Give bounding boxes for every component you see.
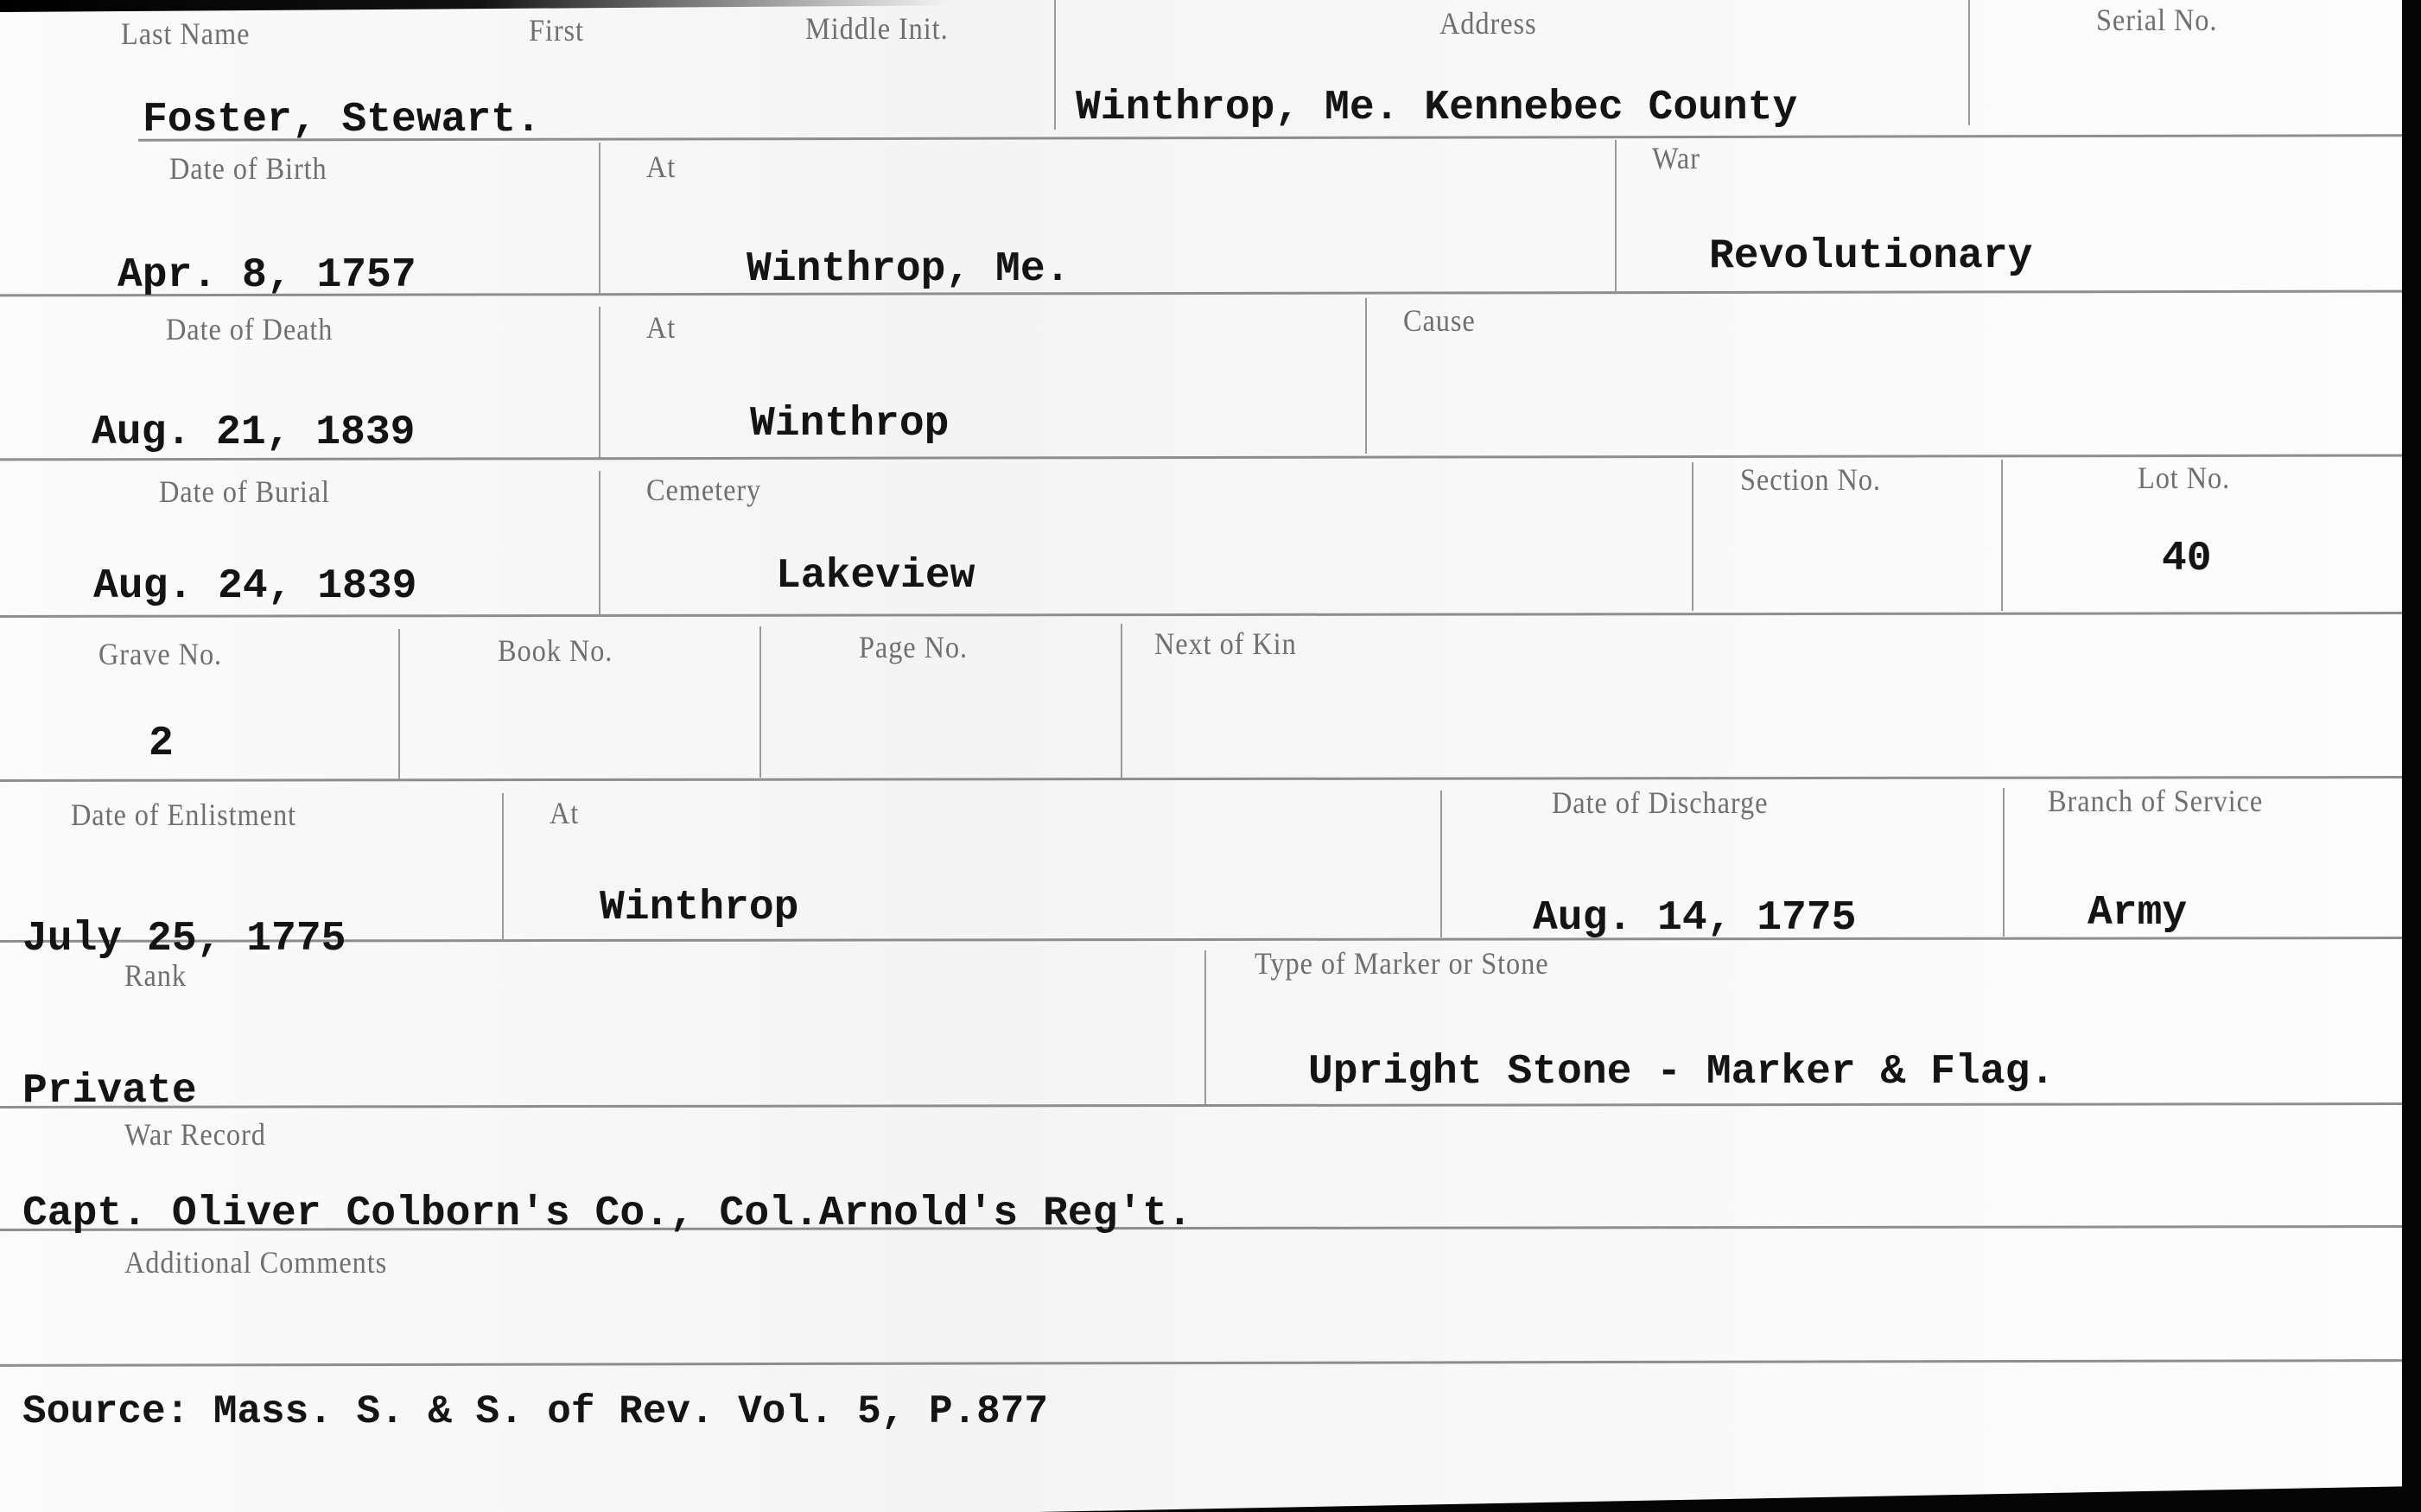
date-of-death-label: Date of Death [166,311,333,347]
divider-war [1615,140,1617,291]
type-of-marker-value: Upright Stone - Marker & Flag. [1308,1049,2055,1096]
divider-book [398,629,400,779]
birth-at-label: At [646,149,676,185]
veteran-grave-card: Last Name First Middle Init. Address Ser… [0,0,2404,1512]
war-record-label: War Record [124,1116,266,1153]
address-label: Address [1439,5,1536,41]
divider-marker [1204,950,1206,1104]
divider-birth-at [599,143,600,294]
address-value: Winthrop, Me. Kennebec County [1076,85,1797,131]
date-of-burial-label: Date of Burial [159,473,330,510]
type-of-marker-label: Type of Marker or Stone [1255,945,1549,982]
divider-page [759,626,761,778]
date-of-death-value: Aug. 21, 1839 [92,410,415,456]
first-name-label: First [529,12,584,48]
lot-no-label: Lot No. [2138,460,2230,496]
divider-cemetery [599,471,600,616]
scan-edge-bottom [1037,1486,2421,1512]
scan-edge-right [2402,0,2421,1512]
date-of-burial-value: Aug. 24, 1839 [93,563,416,610]
lot-no-value: 40 [2162,536,2212,582]
divider-enlist-at [502,793,504,940]
death-at-label: At [646,309,676,346]
divider-cause [1365,298,1367,454]
date-of-enlistment-value: July 25, 1775 [22,916,346,962]
rank-label: Rank [124,957,187,994]
birth-at-value: Winthrop, Me. [747,246,1070,293]
middle-init-label: Middle Init. [805,10,949,47]
date-of-discharge-value: Aug. 14, 1775 [1533,895,1856,942]
divider-kin [1121,624,1122,778]
war-label: War [1652,140,1700,176]
divider-section [1692,462,1693,611]
rank-value: Private [22,1068,197,1115]
date-of-enlistment-label: Date of Enlistment [71,797,296,833]
name-value: Foster, Stewart. [143,97,541,143]
war-record-value: Capt. Oliver Colborn's Co., Col.Arnold's… [22,1191,1192,1237]
death-at-value: Winthrop [750,401,949,448]
cemetery-value: Lakeview [776,553,975,600]
date-of-birth-label: Date of Birth [169,150,327,187]
serial-no-label: Serial No. [2096,2,2217,38]
divider-death-at [599,307,600,458]
book-no-label: Book No. [498,632,613,669]
branch-of-service-label: Branch of Service [2048,783,2263,819]
last-name-label: Last Name [121,16,250,52]
rule-row4 [0,612,2402,618]
rule-row9 [0,1359,2402,1367]
rule-row6 [0,937,2402,943]
divider-address-left [1054,0,1056,130]
grave-no-value: 2 [149,721,174,767]
next-of-kin-label: Next of Kin [1154,626,1297,662]
date-of-discharge-label: Date of Discharge [1552,785,1768,821]
cemetery-label: Cemetery [646,472,761,508]
cause-label: Cause [1403,302,1476,339]
war-value: Revolutionary [1709,233,2032,280]
divider-branch [2003,788,2005,937]
source-citation: Source: Mass. S. & S. of Rev. Vol. 5, P.… [22,1389,1048,1434]
branch-of-service-value: Army [2087,890,2187,937]
rule-row7 [0,1102,2402,1109]
grave-no-label: Grave No. [98,636,222,672]
enlistment-at-value: Winthrop [600,885,798,931]
divider-discharge [1440,791,1442,937]
section-no-label: Section No. [1740,461,1881,498]
page-no-label: Page No. [859,629,968,665]
date-of-birth-value: Apr. 8, 1757 [118,252,416,299]
divider-lot [2001,460,2003,611]
enlistment-at-label: At [550,795,579,831]
rule-row5 [0,776,2402,782]
divider-serial-left [1968,0,1970,125]
additional-comments-label: Additional Comments [124,1244,387,1280]
